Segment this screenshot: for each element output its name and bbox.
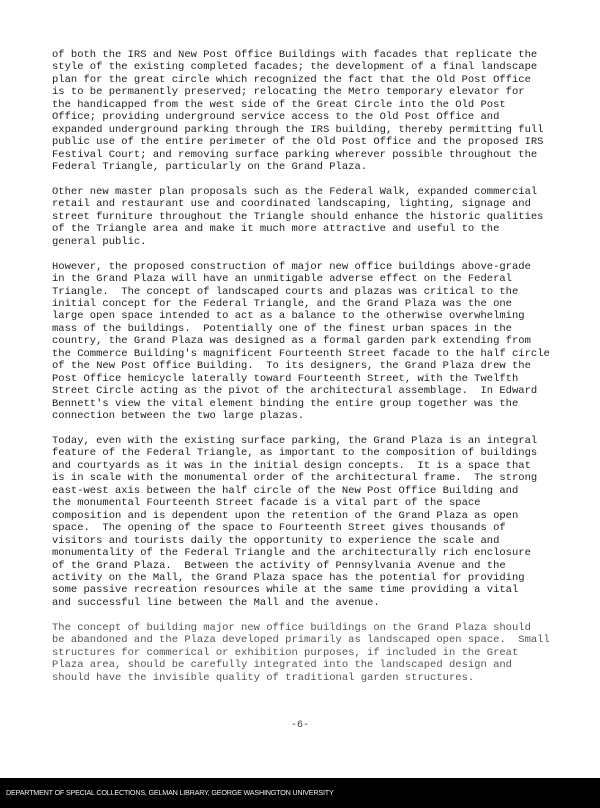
text-line: the Commerce Building's magnificent Four… [52, 348, 592, 360]
text-line: space. The opening of the space to Fourt… [52, 522, 592, 534]
text-line: monumentality of the Federal Triangle an… [52, 547, 592, 559]
text-line: Office; providing underground service ac… [52, 111, 592, 123]
text-line: and successful line between the Mall and… [52, 597, 592, 609]
text-line: the handicapped from the west side of th… [52, 99, 592, 111]
text-line: structures for commerical or exhibition … [52, 647, 592, 659]
page-number: -6- [0, 720, 600, 731]
text-line: some passive recreation resources while … [52, 584, 592, 596]
text-line: the monumental Fourteenth Street facade … [52, 497, 592, 509]
text-line: country, the Grand Plaza was designed as… [52, 335, 592, 347]
text-line: expanded underground parking through the… [52, 124, 592, 136]
text-line: street furniture throughout the Triangle… [52, 211, 592, 223]
document-body: of both the IRS and New Post Office Buil… [52, 49, 592, 696]
text-line: should have the invisible quality of tra… [52, 672, 592, 684]
paragraph-master-plan-proposals: Other new master plan proposals such as … [52, 186, 592, 248]
text-line: style of the existing completed facades;… [52, 61, 592, 73]
text-line: However, the proposed construction of ma… [52, 261, 592, 273]
archive-footer-bar: DEPARTMENT OF SPECIAL COLLECTIONS, GELMA… [0, 778, 600, 808]
text-line: public use of the entire perimeter of th… [52, 136, 592, 148]
text-line: of both the IRS and New Post Office Buil… [52, 49, 592, 61]
text-line: Plaza area, should be carefully integrat… [52, 659, 592, 671]
text-line: in the Grand Plaza will have an unmitiga… [52, 273, 592, 285]
text-line: Triangle. The concept of landscaped cour… [52, 286, 592, 298]
text-line: activity on the Mall, the Grand Plaza sp… [52, 572, 592, 584]
text-line: and courtyards as it was in the initial … [52, 460, 592, 472]
text-line: retail and restaurant use and coordinate… [52, 198, 592, 210]
text-line: Federal Triangle, particularly on the Gr… [52, 161, 592, 173]
text-line: mass of the buildings. Potentially one o… [52, 323, 592, 335]
text-line: Festival Court; and removing surface par… [52, 149, 592, 161]
text-line: Bennett's view the vital element binding… [52, 398, 592, 410]
text-line: is to be permanently preserved; relocati… [52, 86, 592, 98]
archive-credit-text: DEPARTMENT OF SPECIAL COLLECTIONS, GELMA… [6, 788, 334, 797]
text-line: be abandoned and the Plaza developed pri… [52, 634, 592, 646]
text-line: Post Office hemicycle laterally toward F… [52, 373, 592, 385]
text-line: is in scale with the monumental order of… [52, 472, 592, 484]
text-line: Today, even with the existing surface pa… [52, 435, 592, 447]
paragraph-grand-plaza-today: Today, even with the existing surface pa… [52, 435, 592, 609]
text-line: Other new master plan proposals such as … [52, 186, 592, 198]
text-line: large open space intended to act as a ba… [52, 310, 592, 322]
text-line: Street Circle acting as the pivot of the… [52, 385, 592, 397]
text-line: of the New Post Office Building. To its … [52, 360, 592, 372]
text-line: of the Grand Plaza. Between the activity… [52, 560, 592, 572]
text-line: connection between the two large plazas. [52, 410, 592, 422]
text-line: composition and is dependent upon the re… [52, 510, 592, 522]
text-line: of the Triangle area and make it much mo… [52, 223, 592, 235]
text-line: general public. [52, 236, 592, 248]
paragraph-preservation-measures: of both the IRS and New Post Office Buil… [52, 49, 592, 174]
paragraph-recommendation: The concept of building major new office… [52, 622, 592, 684]
text-line: visitors and tourists daily the opportun… [52, 535, 592, 547]
text-line: feature of the Federal Triangle, as impo… [52, 447, 592, 459]
text-line: east-west axis between the half circle o… [52, 485, 592, 497]
text-line: The concept of building major new office… [52, 622, 592, 634]
paragraph-adverse-effect: However, the proposed construction of ma… [52, 261, 592, 423]
text-line: initial concept for the Federal Triangle… [52, 298, 592, 310]
text-line: plan for the great circle which recogniz… [52, 74, 592, 86]
